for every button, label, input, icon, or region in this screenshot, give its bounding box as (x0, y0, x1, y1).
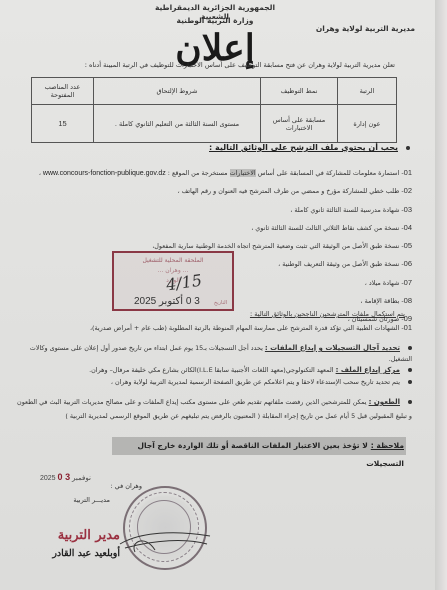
note-highlight: ملاحظة :لا تؤخذ بعين الاعتبار الملفات ال… (112, 437, 406, 455)
website-link[interactable]: www.concours-fonction-publique.gov.dz (43, 170, 166, 177)
director-stamp-title: مدير التربية (35, 528, 120, 543)
col-conditions: شروط الإلتحاق (94, 78, 261, 105)
registration-deadline: تحديد آجال التسجيلات و إيداع الملفات : ي… (12, 343, 412, 364)
ministry-header: وزارة التربية الوطنية (170, 16, 260, 25)
director-name: أوبلعيد عبد القادر (30, 548, 120, 559)
deposit-center: مركز إيداع الملف : المعهد التكنولوجي(معه… (12, 365, 412, 376)
stamp-date: 3 0 أكتوبر 2025 (134, 296, 200, 307)
directorate-header: مديرية التربية لولاية وهران (315, 24, 415, 33)
signature-place: وهران في : (92, 482, 142, 490)
bullet-icon (408, 368, 412, 372)
convocation-info: يتم تحديد تاريخ سحب الإستدعاء لاحقا و يت… (12, 377, 412, 388)
announcement-intro: تعلن مديرية التربية لولاية وهران عن فتح … (30, 60, 395, 70)
list-item: 01- الشهادات الطبية التي تؤكد قدرة المتر… (60, 323, 412, 332)
col-recruitment-mode: نمط التوظيف (261, 78, 338, 105)
list-item: 01- استمارة معلومات للمشاركة في المسابقة… (12, 164, 412, 182)
successful-heading: يتم استكمال ملفات المترشحين الناجحين بال… (150, 310, 405, 318)
documents-heading: يجب أن يحتوي ملف الترشح على الوثائق التا… (145, 143, 410, 152)
bullet-icon (408, 346, 412, 350)
cell-rank: عون إدارة (338, 105, 397, 143)
list-item: 03- شهادة مدرسية للسنة الثالثة ثانوي كام… (12, 201, 412, 219)
note-label: ملاحظة : (371, 441, 404, 450)
photo-edge (435, 0, 447, 590)
highlighted-word: الاختبارات (230, 169, 256, 177)
cell-recruitment-mode: مسابقة على أساس الاختبارات (261, 105, 338, 143)
note-text: لا تؤخذ بعين الاعتبار الملفات الناقصة أو… (138, 441, 405, 468)
registration-number: 4/15 (165, 271, 203, 295)
table-row: عون إدارة مسابقة على أساس الاختبارات مست… (32, 105, 397, 143)
bullet-icon (406, 146, 410, 150)
signature-scribble-icon (115, 522, 215, 562)
jobs-table: الرتبة نمط التوظيف شروط الإلتحاق عدد الم… (31, 77, 397, 143)
table-header-row: الرتبة نمط التوظيف شروط الإلتحاق عدد الم… (32, 78, 397, 105)
list-item: 04- نسخة من كشف نقاط الثلاثي الثالث للسن… (12, 219, 412, 237)
info-section: تحديد آجال التسجيلات و إيداع الملفات : ي… (12, 343, 412, 424)
list-item: 02- طلب خطي للمشاركة مؤرخ و ممضي من طرف … (12, 182, 412, 200)
col-rank: الرتبة (338, 78, 397, 105)
col-positions: عدد المناصب المفتوحة (32, 78, 94, 105)
appeals-info: الطعون : يمكن للمترشحين الذين رفضت ملفات… (12, 395, 412, 423)
signature-role: مديـــر التربية (55, 496, 110, 504)
document-page: الجمهورية الجزائرية الديمقراطية الشعبية … (0, 0, 435, 590)
registration-stamp: الملحقة المحلية للتشغيل ... وهران ... ال… (112, 251, 234, 311)
cell-positions: 15 (32, 105, 94, 143)
cell-conditions: مستوى السنة الثالثة من التعليم الثانوي ك… (94, 105, 261, 143)
bullet-icon (408, 400, 412, 404)
signature-date: 2025 نوفمبر 3 0 (40, 472, 102, 482)
bullet-icon (408, 380, 412, 384)
